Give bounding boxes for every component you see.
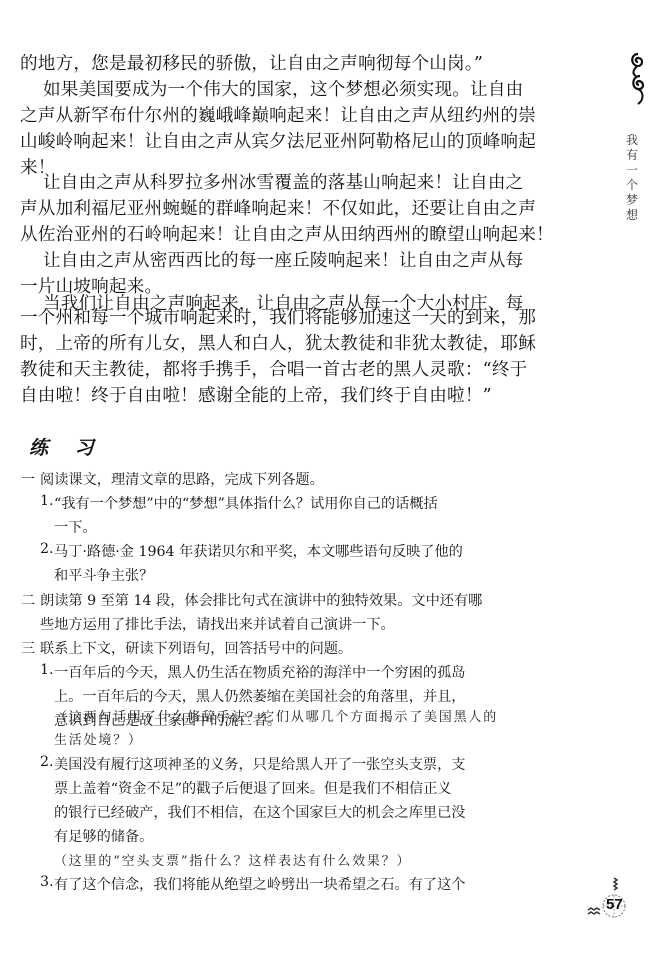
item-line: 的银行已经破产，我们不相信，在这个国家巨大的机会之库里已没 bbox=[54, 802, 465, 822]
body-line: 让自由之声从科罗拉多州冰雪覆盖的落基山响起来！让自由之 bbox=[43, 169, 523, 194]
body-line: 时，上帝的所有儿女，黑人和白人，犹太教徒和非犹太教徒，耶稣 bbox=[20, 330, 536, 355]
item-line: 一百年后的今天，黑人仍生活在物质充裕的海洋中一个穷困的孤岛 bbox=[54, 662, 465, 682]
item-line: 票上盖着“资金不足”的戳子后便退了回来。但是我们不相信正义 bbox=[54, 778, 452, 798]
item-line: 和平斗争主张？ bbox=[54, 565, 153, 585]
body-line: 一个州和每一个城市响起来时，我们将能够加速这一天的到来，那 bbox=[20, 304, 536, 329]
textbook-page: 我 有 一 个 梦 想 的地方，您是最初移民的骄傲，让自由之声响彻每个山岗。” … bbox=[0, 0, 650, 972]
item-note: （这里的“空头支票”指什么？这样表达有什么效果？） bbox=[54, 850, 411, 869]
body-line: 的地方，您是最初移民的骄傲，让自由之声响彻每个山岗。” bbox=[20, 50, 483, 75]
running-title-char: 有 bbox=[625, 148, 639, 163]
item-line: 美国没有履行这项神圣的义务，只是给黑人开了一张空头支票，支 bbox=[54, 754, 465, 774]
body-line: 教徒和天主教徒，都将手携手，合唱一首古老的黑人灵歌：“终于 bbox=[20, 356, 527, 381]
section-prompt: 朗读第 9 至第 14 段，体会排比句式在演讲中的独特效果。文中还有哪 bbox=[40, 590, 482, 610]
item-note: 生活处境？） bbox=[54, 729, 143, 748]
section-prompt: 阅读课文，理清文章的思路，完成下列各题。 bbox=[40, 469, 324, 489]
running-title-char: 个 bbox=[625, 178, 639, 193]
running-title: 我 有 一 个 梦 想 bbox=[625, 133, 639, 223]
item-note: （这两句话用了什么修辞手法？它们从哪几个方面揭示了美国黑人的 bbox=[54, 706, 498, 725]
item-number: 3. bbox=[40, 874, 54, 890]
item-line: “我有一个梦想”中的“梦想”具体指什么？试用你自己的话概括 bbox=[54, 493, 438, 513]
item-line: 马丁·路德·金 1964 年获诺贝尔和平奖，本文哪些语句反映了他的 bbox=[54, 541, 463, 561]
exercises-heading: 练 习 bbox=[29, 433, 104, 460]
item-number: 1. bbox=[40, 662, 54, 678]
body-line: 如果美国要成为一个伟大的国家，这个梦想必须实现。让自由 bbox=[43, 76, 523, 101]
body-line: 自由啦！终于自由啦！感谢全能的上帝，我们终于自由啦！” bbox=[20, 382, 492, 407]
section-prompt: 些地方运用了排比手法，请找出来并试着自己演讲一下。 bbox=[40, 614, 395, 634]
section-number: 二 bbox=[21, 590, 35, 610]
body-line: 声从加利福尼亚州蜿蜒的群峰响起来！不仅如此，还要让自由之声 bbox=[20, 195, 536, 220]
running-title-char: 想 bbox=[625, 208, 639, 223]
item-line: 有了这个信念，我们将能从绝望之岭劈出一块希望之石。有了这个 bbox=[54, 874, 465, 894]
body-line: 从佐治亚州的石岭响起来！让自由之声从田纳西州的瞭望山响起来！ bbox=[20, 221, 554, 246]
running-title-char: 梦 bbox=[625, 193, 639, 208]
page-number: 57 bbox=[606, 896, 623, 913]
item-line: 一下。 bbox=[54, 517, 97, 537]
section-number: 三 bbox=[21, 638, 35, 658]
section-number: 一 bbox=[21, 469, 35, 489]
item-line: 上。一百年后的今天，黑人仍然萎缩在美国社会的角落里，并且， bbox=[54, 686, 465, 706]
section-prompt: 联系上下文，研读下列语句，回答括号中的问题。 bbox=[40, 638, 352, 658]
item-number: 1. bbox=[40, 493, 54, 509]
scroll-flourish-icon bbox=[628, 52, 648, 106]
body-line: 之声从新罕布什尔州的巍峨峰巅响起来！让自由之声从纽约州的崇 bbox=[20, 102, 536, 127]
body-line: 山峻岭响起来！让自由之声从宾夕法尼亚州阿勒格尼山的顶峰响起 bbox=[20, 128, 536, 153]
item-number: 2. bbox=[40, 541, 54, 557]
item-line: 有足够的储备。 bbox=[54, 826, 153, 846]
body-line: 让自由之声从密西西比的每一座丘陵响起来！让自由之声从每 bbox=[43, 247, 523, 272]
item-number: 2. bbox=[40, 754, 54, 770]
running-title-char: 一 bbox=[625, 163, 639, 178]
running-title-char: 我 bbox=[625, 133, 639, 148]
